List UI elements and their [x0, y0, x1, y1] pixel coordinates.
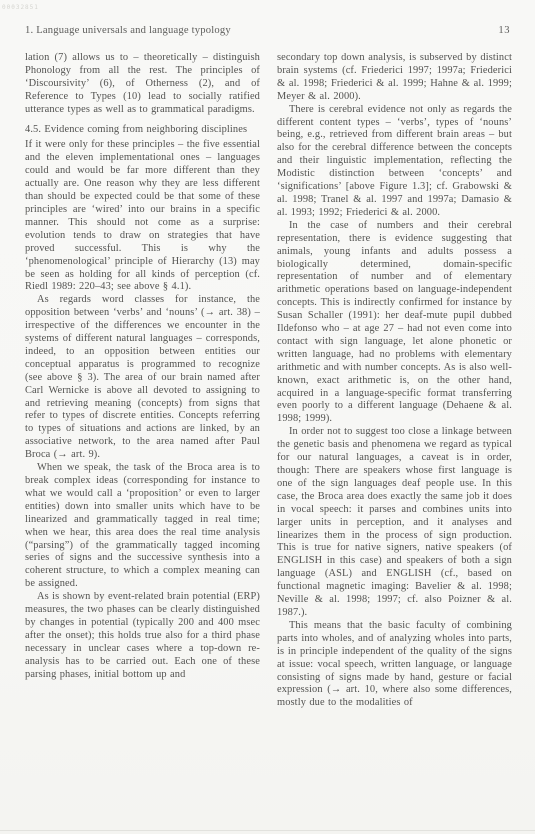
running-header: 1. Language universals and language typo… [25, 25, 512, 36]
paragraph: secondary top down analysis, is subserve… [277, 52, 512, 104]
left-column: lation (7) allows us to – theoretically … [25, 52, 260, 710]
right-column: secondary top down analysis, is subserve… [277, 52, 512, 710]
paragraph: In the case of numbers and their cerebra… [277, 220, 512, 427]
text-columns: lation (7) allows us to – theoretically … [25, 52, 512, 710]
paragraph: lation (7) allows us to – theoretically … [25, 52, 260, 117]
paragraph: This means that the basic faculty of com… [277, 620, 512, 710]
page-number: 13 [498, 25, 510, 36]
running-title: 1. Language universals and language typo… [25, 25, 231, 36]
scan-edge-line [0, 830, 535, 831]
scan-artifact-id: 00032851 [2, 4, 39, 11]
paragraph: If it were only for these principles – t… [25, 139, 260, 294]
paragraph: In order not to suggest too close a link… [277, 426, 512, 620]
paragraph: When we speak, the task of the Broca are… [25, 462, 260, 591]
paragraph: There is cerebral evidence not only as r… [277, 104, 512, 220]
paragraph: As regards word classes for instance, th… [25, 294, 260, 462]
section-heading: 4.5. Evidence coming from neighboring di… [25, 124, 260, 137]
paragraph: As is shown by event-related brain poten… [25, 591, 260, 681]
scanned-book-page: 00032851 1. Language universals and lang… [0, 0, 535, 834]
